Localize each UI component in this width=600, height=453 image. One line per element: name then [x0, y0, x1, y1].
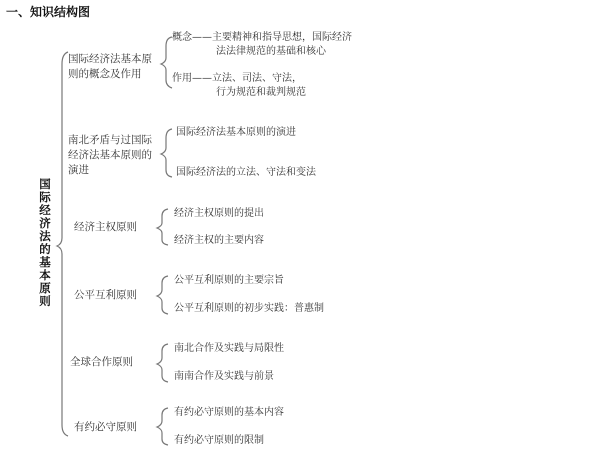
leaf-equity-2: 公平互利原则的初步实践：普惠制	[174, 302, 324, 316]
branch-node-concept: 国际经济法基本原 则的概念及作用	[68, 52, 152, 82]
main-brace	[57, 52, 68, 436]
branch-node-global-cooperation: 全球合作原则	[70, 355, 133, 370]
leaf-equity-1: 公平互利原则的主要宗旨	[174, 274, 284, 288]
brace-3	[157, 209, 168, 245]
branch-node-economic-sovereignty: 经济主权原则	[74, 220, 137, 235]
brace-5	[157, 344, 168, 382]
leaf-pacta-1: 有约必守原则的基本内容	[174, 406, 284, 420]
leaf-line: 法法律规范的基础和核心	[172, 45, 352, 59]
branch-label-line: 国际经济法基本原	[68, 52, 152, 67]
leaf-line: 作用——立法、司法、守法，	[172, 72, 306, 86]
leaf-line: 概念——主要精神和指导思想，国际经济	[172, 31, 352, 45]
leaf-concept-function: 作用——立法、司法、守法， 行为规范和裁判规范	[172, 72, 306, 100]
leaf-evolution-2: 国际经济法的立法、守法和变法	[176, 166, 316, 180]
branch-label-line: 演进	[68, 163, 152, 178]
brace-4	[157, 276, 168, 314]
leaf-line: 行为规范和裁判规范	[172, 86, 306, 100]
leaf-cooperation-1: 南北合作及实践与局限性	[174, 342, 284, 356]
brace-6	[157, 408, 168, 445]
branch-node-pacta-sunt-servanda: 有约必守原则	[74, 420, 137, 435]
leaf-evolution-1: 国际经济法基本原则的演进	[176, 126, 296, 140]
branch-label-line: 则的概念及作用	[68, 67, 152, 82]
leaf-concept-definition: 概念——主要精神和指导思想，国际经济 法法律规范的基础和核心	[172, 31, 352, 59]
leaf-sovereignty-2: 经济主权的主要内容	[174, 234, 264, 248]
leaf-cooperation-2: 南南合作及实践与前景	[174, 370, 274, 384]
branch-label-line: 南北矛盾与过国际	[68, 133, 152, 148]
leaf-pacta-2: 有约必守原则的限制	[174, 434, 264, 448]
branch-node-equity-mutual-benefit: 公平互利原则	[74, 288, 137, 303]
brace-2	[161, 129, 172, 177]
branch-node-evolution: 南北矛盾与过国际 经济法基本原则的 演进	[68, 133, 152, 178]
brace-1	[161, 37, 172, 88]
leaf-sovereignty-1: 经济主权原则的提出	[174, 207, 264, 221]
branch-label-line: 经济法基本原则的	[68, 148, 152, 163]
